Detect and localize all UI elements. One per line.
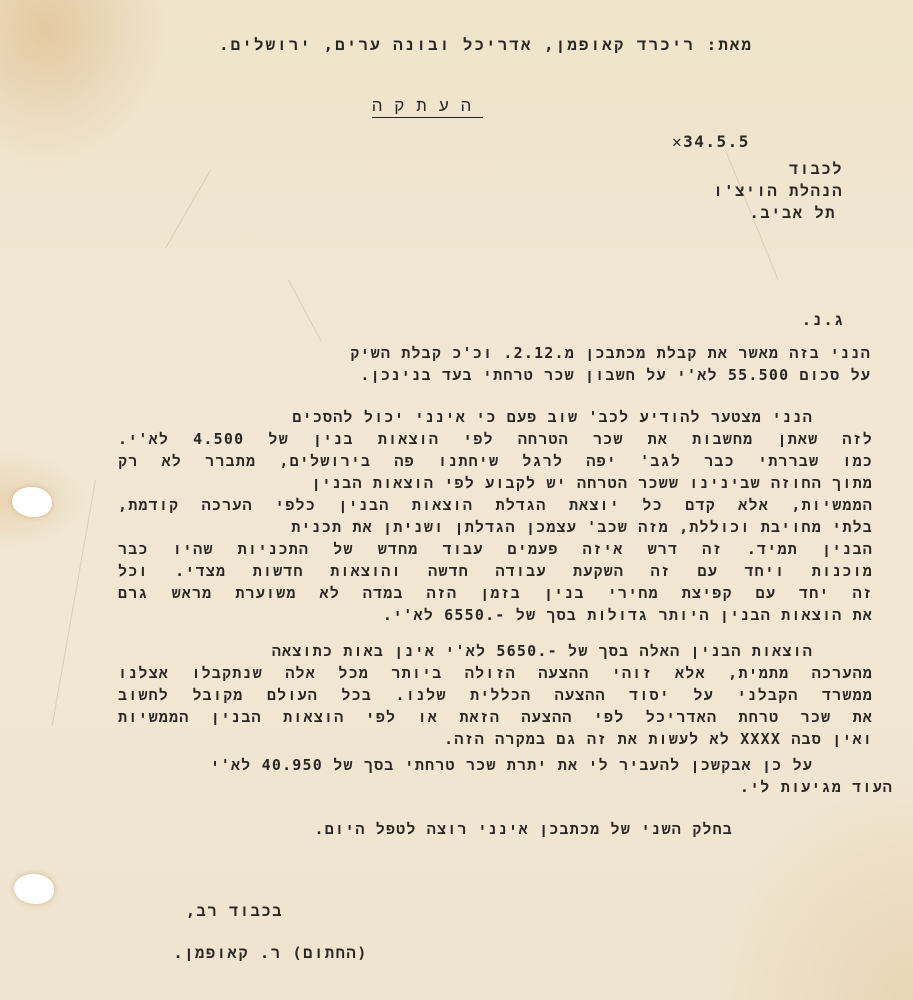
text-line: בחלק השני של מכתבכן אינני רוצה לטפל היום… [118,820,733,839]
date-strike-mark: ✕ [672,132,683,151]
signature: (החתום) ר. קאופמן. [173,944,368,963]
text-line: על כן אבקשכן להעביר לי את יתרת שכר טרחתי… [10,756,813,775]
date: 34.5.5 [683,132,750,151]
text-line: הבנין תמיד. זה דרש איזה פעמים עבוד מחדש … [118,540,873,559]
recipient-line: תל אביב. [750,204,836,223]
salutation: ג.נ. [802,311,845,330]
text-line: את שכר טרחת האדריכל לפי ההצעה הזאת או לפ… [118,708,873,727]
document-title: העתקה [372,96,483,117]
text-line: מהערכה מתמית, אלא זוהי ההצעה הזולה ביותר… [118,664,873,683]
text-line: ואין סבה XXXX לא לעשות את זה גם במקרה הז… [118,730,873,749]
text-line: הנני מצטער להודיע לכב' שוב פעם כי אינני … [118,408,813,427]
text-line: על סכום 55.500 לא'י על חשבון שכר טרחתי ב… [120,366,871,385]
recipient-line: לכבוד [789,160,843,179]
recipient-line: הנהלת הויצ'ו [713,182,843,201]
text-line: העוד מגיעות לי. [10,778,893,797]
text-line: מתוך החוזה שבינינו ששכר הטרחה יש לקבוע ל… [118,474,873,493]
sender-line: מאת: ריכרד קאופמן, אדריכל ובונה ערים, יר… [219,35,753,55]
text-line: הממשיות, אלא קדם כל יוצאת הגדלת הוצאות ה… [118,496,873,515]
text-line: לזה שאתן מחשבות את שכר הטרחה לפי הוצאות … [118,430,873,449]
closing: בכבוד רב, [186,902,283,921]
date-line: ✕34.5.5 [672,132,750,151]
punch-hole [14,874,54,904]
text-line: את הוצאות הבנין היותר גדולות בסך של -.65… [118,606,873,625]
text-line: הנני בזה מאשר את קבלת מכתבכן מ.2.12. וכ'… [120,344,871,363]
punch-hole [12,487,52,517]
text-line: הוצאות הבנין האלה בסך של -.5650 לא'י אינ… [118,642,813,661]
text-line: ממשרד הקבלני על יסוד ההצעה הכללית שלנו. … [118,686,873,705]
text-line: זה יחד עם קפיצת מחירי בנין בזמן הזה במדה… [118,584,873,603]
text-line: מוכנות ויחד עם זה השקעת עבודה חדשה והוצא… [118,562,873,581]
text-line: כמו שבררתי כבר לגב' יפה לרגל שיחתנו פה ב… [118,452,873,471]
text-line: בלתי מחויבת וכוללת, מזה שכב' עצמכן הגדלת… [118,518,873,537]
